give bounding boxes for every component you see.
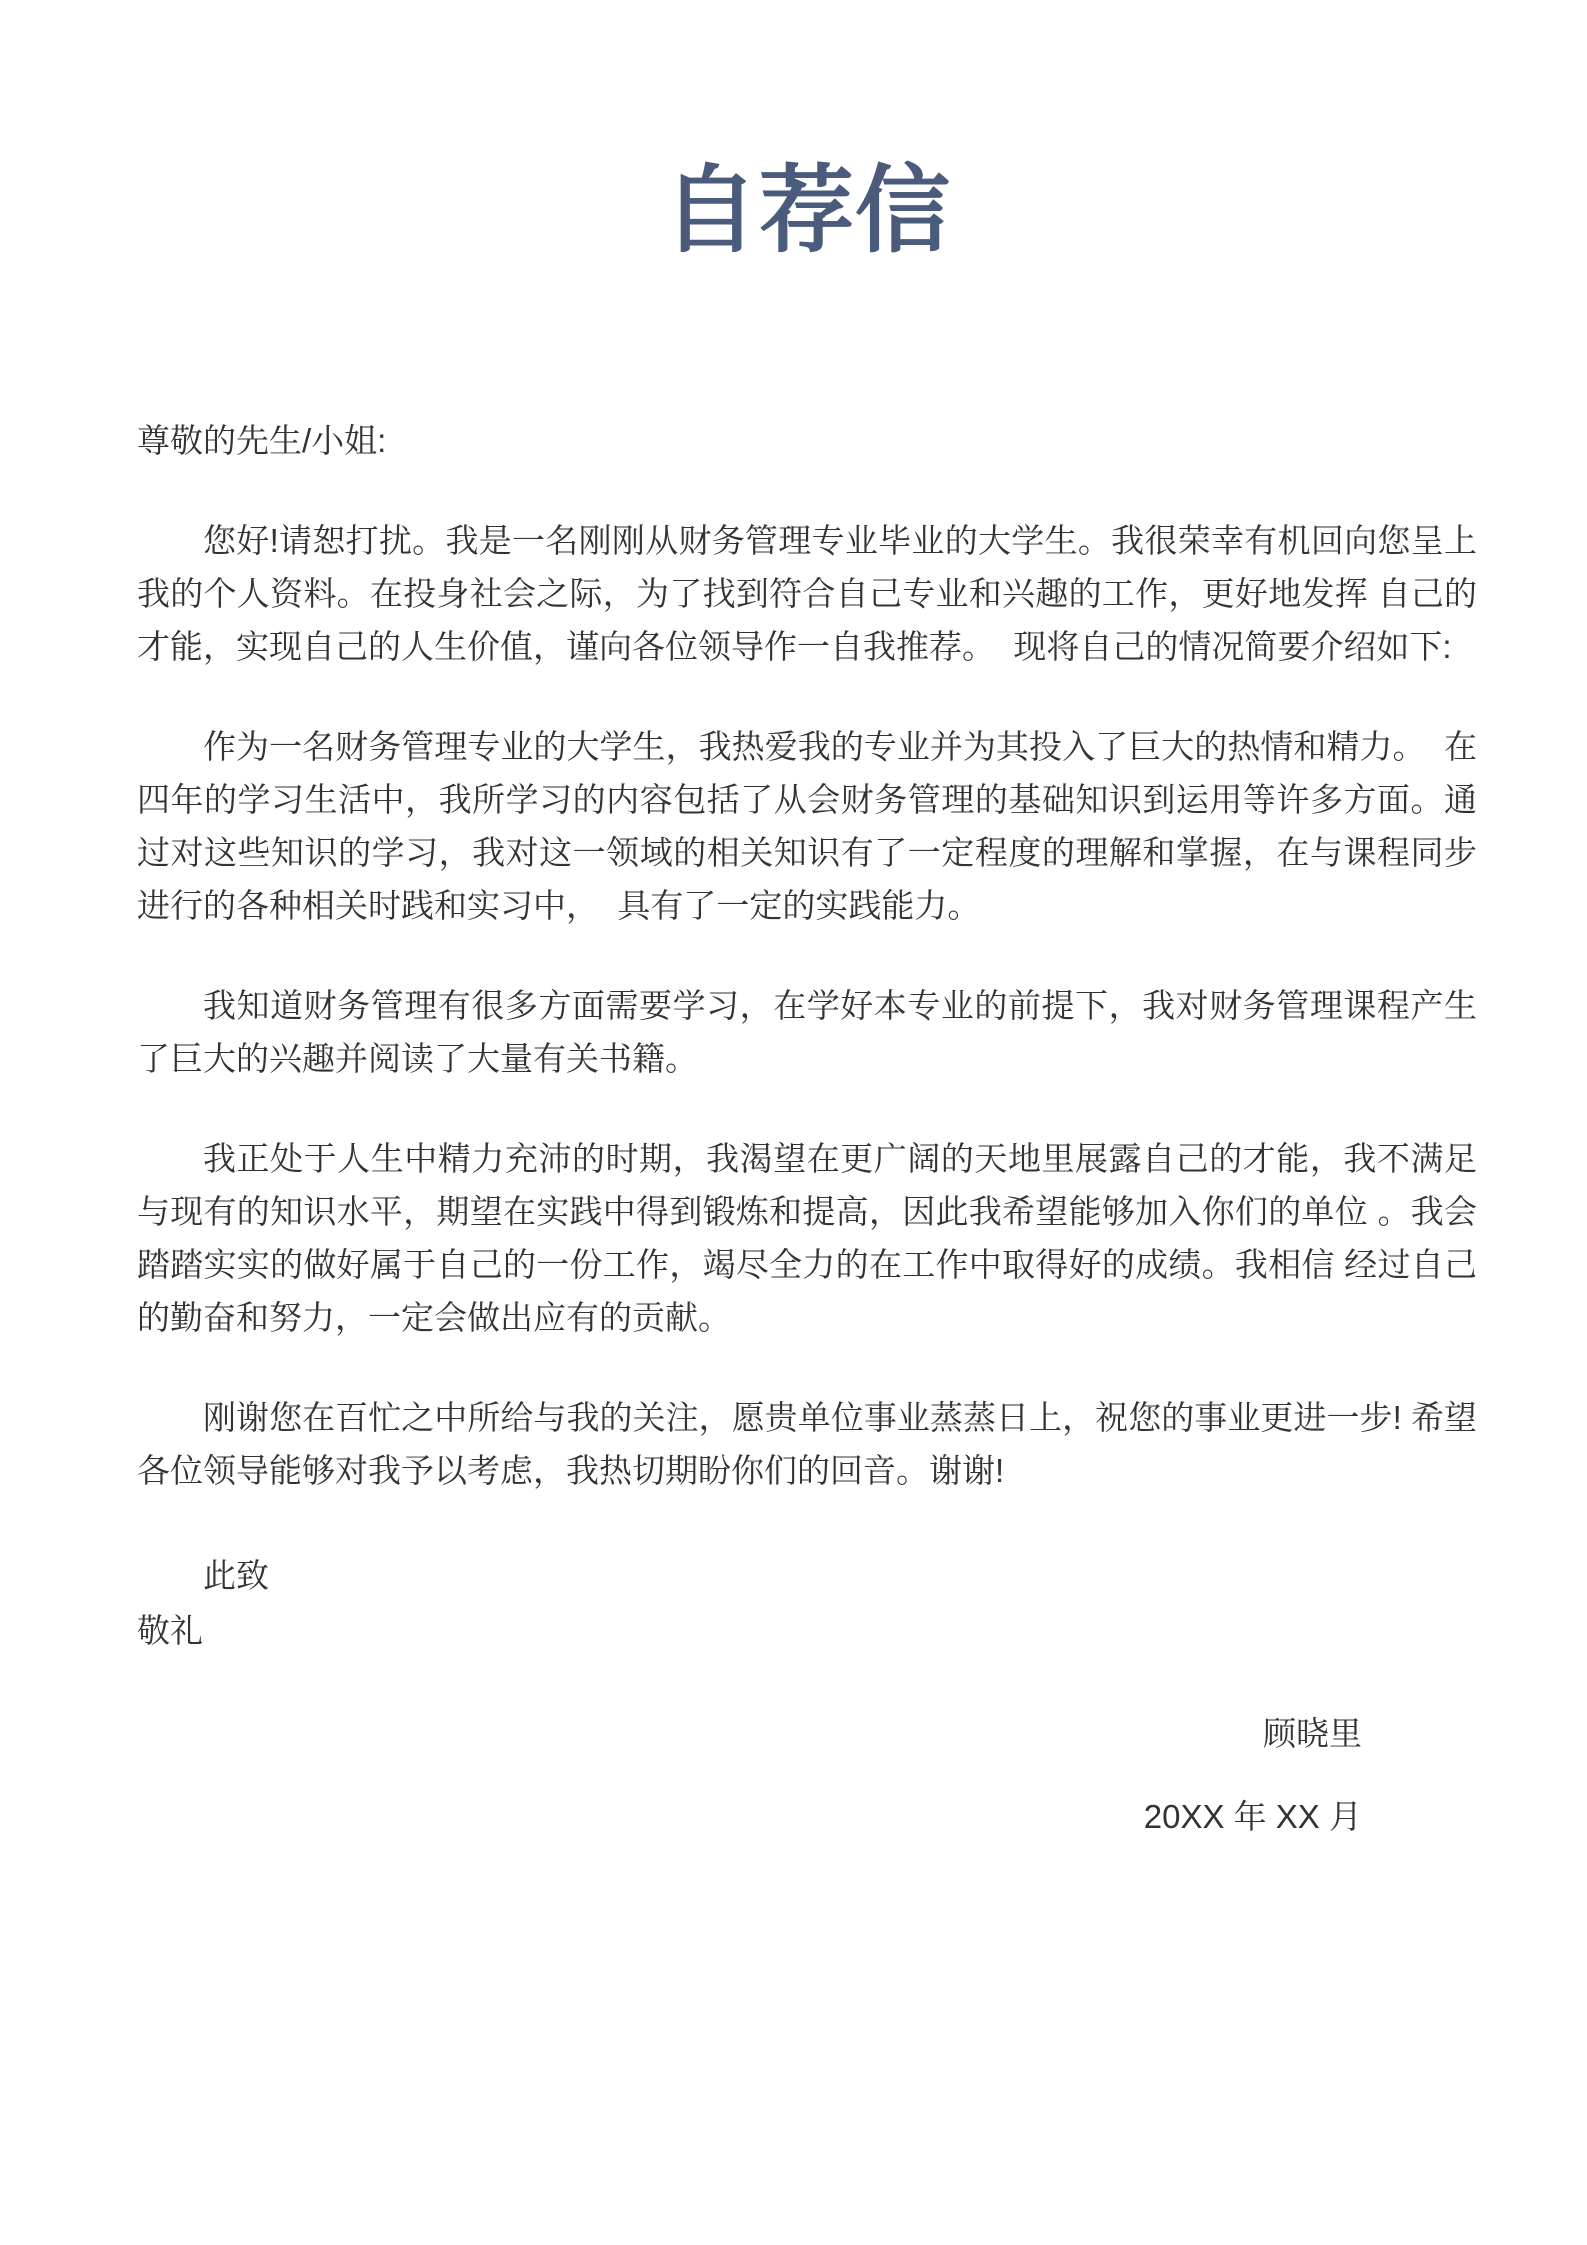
paragraph-aspiration: 我正处于人生中精力充沛的时期，我渴望在更广阔的天地里展露自己的才能，我不满足与现… xyxy=(137,1132,1477,1344)
paragraph-major-study: 作为一名财务管理专业的大学生，我热爱我的专业并为其投入了巨大的热情和精力。 在四… xyxy=(137,720,1477,932)
paragraph-intro: 您好!请恕打扰。我是一名刚刚从财务管理专业毕业的大学生。我很荣幸有机回向您呈上我… xyxy=(137,514,1477,673)
closing-jingli: 敬礼 xyxy=(137,1604,1477,1657)
page-title: 自荐信 xyxy=(137,158,1477,264)
paragraph-interest: 我知道财务管理有很多方面需要学习，在学好本专业的前提下，我对财务管理课程产生了巨… xyxy=(137,979,1477,1085)
paragraph-thanks: 刚谢您在百忙之中所给与我的关注，愿贵单位事业蒸蒸日上，祝您的事业更进一步! 希望… xyxy=(137,1391,1477,1497)
signature-block: 顾晓里 20XX 年 XX 月 xyxy=(137,1707,1477,1843)
letter-content: 自荐信 尊敬的先生/小姐: 您好!请恕打扰。我是一名刚刚从财务管理专业毕业的大学… xyxy=(0,158,1587,1843)
document-page: 自荐信 尊敬的先生/小姐: 您好!请恕打扰。我是一名刚刚从财务管理专业毕业的大学… xyxy=(0,0,1587,2245)
signature-name: 顾晓里 xyxy=(137,1707,1362,1760)
salutation: 尊敬的先生/小姐: xyxy=(137,414,1477,467)
signature-date: 20XX 年 XX 月 xyxy=(137,1790,1362,1843)
closing-cizhi: 此致 xyxy=(137,1549,1477,1602)
